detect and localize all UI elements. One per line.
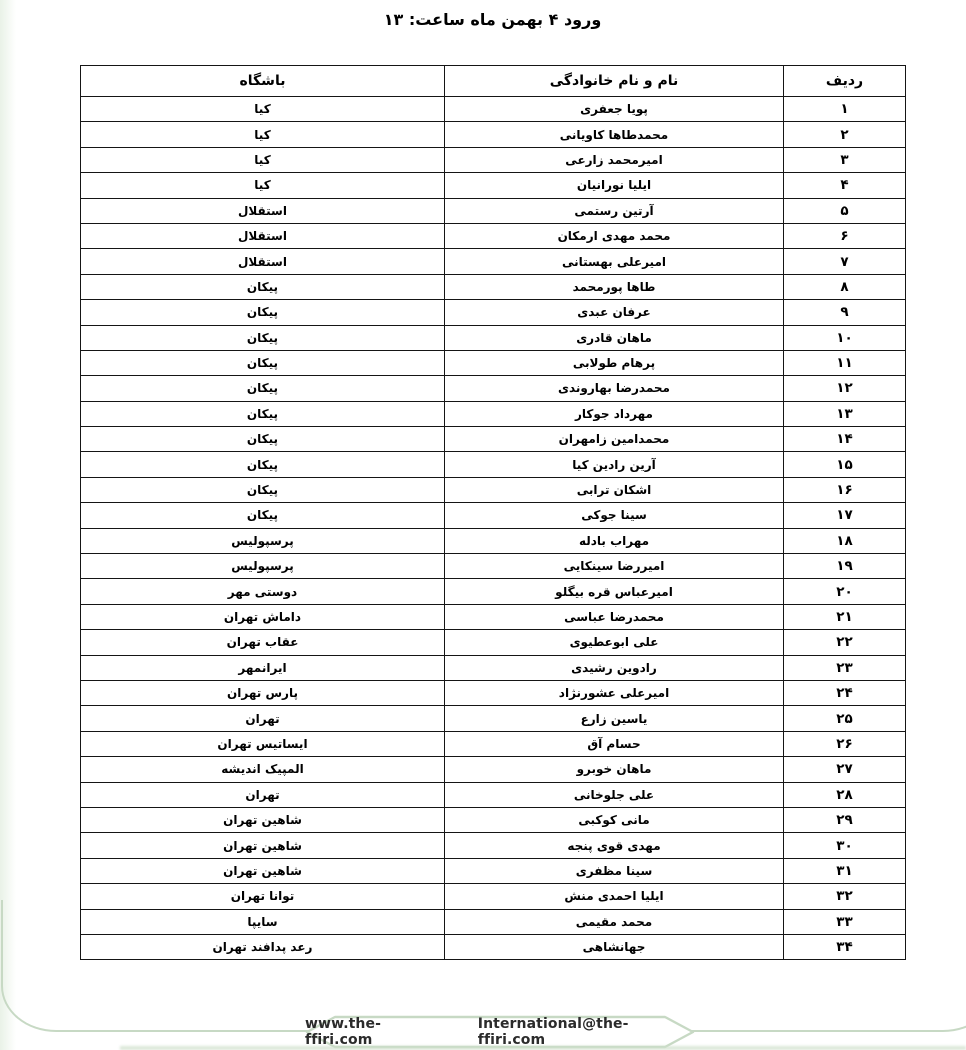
club-cell: المپیک اندیشه — [81, 757, 445, 782]
page-title: ورود ۴ بهمن ماه ساعت: ۱۳ — [80, 10, 905, 29]
row-number-cell: ۲۶ — [784, 731, 906, 756]
row-number-cell: ۷ — [784, 249, 906, 274]
row-number-cell: ۲۲ — [784, 630, 906, 655]
table-row: ۱۸ مهراب بادله پرسپولیس — [81, 528, 906, 553]
club-cell: استقلال — [81, 223, 445, 248]
row-number-cell: ۲ — [784, 122, 906, 147]
row-number-cell: ۱۷ — [784, 503, 906, 528]
row-number-cell: ۱۹ — [784, 554, 906, 579]
table-row: ۶ محمد مهدی ارمکان استقلال — [81, 223, 906, 248]
player-name-cell: محمدرضا عباسی — [445, 604, 784, 629]
table-row: ۸ طاها پورمحمد پیکان — [81, 274, 906, 299]
club-cell: دوستی مهر — [81, 579, 445, 604]
player-name-cell: علی جلوخانی — [445, 782, 784, 807]
player-name-cell: اشکان ترابی — [445, 477, 784, 502]
table-row: ۹ عرفان عبدی پیکان — [81, 300, 906, 325]
club-cell: شاهین تهران — [81, 807, 445, 832]
player-name-cell: ماهان خوبرو — [445, 757, 784, 782]
roster-table-header: ردیف نام و نام خانوادگی باشگاه — [81, 66, 906, 97]
table-row: ۱۳ مهرداد جوکار پیکان — [81, 401, 906, 426]
table-row: ۷ امیرعلی بهستانی استقلال — [81, 249, 906, 274]
footer-contact: www.the-ffiri.com International@the-ffir… — [305, 1015, 695, 1049]
player-name-cell: ماهان قادری — [445, 325, 784, 350]
table-row: ۳۳ محمد مقیمی سایپا — [81, 909, 906, 934]
club-cell: پیکان — [81, 300, 445, 325]
player-name-cell: مانی کوکبی — [445, 807, 784, 832]
player-name-cell: محمد مقیمی — [445, 909, 784, 934]
footer-website: www.the-ffiri.com — [305, 1016, 448, 1048]
player-name-cell: سینا مظفری — [445, 858, 784, 883]
player-name-cell: امیرمحمد زارعی — [445, 147, 784, 172]
row-number-cell: ۳ — [784, 147, 906, 172]
player-name-cell: محمدطاها کاویانی — [445, 122, 784, 147]
row-number-cell: ۱۵ — [784, 452, 906, 477]
roster-table-body: ۱ پویا جعفری کیا ۲ محمدطاها کاویانی کیا … — [81, 97, 906, 960]
club-cell: پیکان — [81, 376, 445, 401]
player-name-cell: پرهام طولابی — [445, 350, 784, 375]
row-number-cell: ۳۱ — [784, 858, 906, 883]
row-number-cell: ۹ — [784, 300, 906, 325]
player-name-cell: عرفان عبدی — [445, 300, 784, 325]
footer-badge: www.the-ffiri.com International@the-ffir… — [305, 1015, 695, 1049]
club-cell: پیکان — [81, 452, 445, 477]
club-cell: داماش تهران — [81, 604, 445, 629]
table-row: ۲۷ ماهان خوبرو المپیک اندیشه — [81, 757, 906, 782]
table-row: ۳۴ جهانشاهی رعد پدافند تهران — [81, 934, 906, 959]
player-name-cell: محمدامین زامهران — [445, 427, 784, 452]
player-name-cell: حسام آق — [445, 731, 784, 756]
table-row: ۲۳ رادوین رشیدی ایرانمهر — [81, 655, 906, 680]
table-row: ۱۲ محمدرضا بهاروندی پیکان — [81, 376, 906, 401]
table-row: ۲۲ علی ابوعطیوی عقاب تهران — [81, 630, 906, 655]
club-cell: پیکان — [81, 274, 445, 299]
table-row: ۵ آرتین رستمی استقلال — [81, 198, 906, 223]
club-cell: شاهین تهران — [81, 858, 445, 883]
player-name-cell: مهراب بادله — [445, 528, 784, 553]
table-row: ۲۸ علی جلوخانی تهران — [81, 782, 906, 807]
table-row: ۳۰ مهدی قوی پنجه شاهین تهران — [81, 833, 906, 858]
table-row: ۲۰ امیرعباس قره بیگلو دوستی مهر — [81, 579, 906, 604]
row-number-cell: ۲۷ — [784, 757, 906, 782]
table-row: ۲۴ امیرعلی عشورنژاد پارس تهران — [81, 680, 906, 705]
row-number-cell: ۲۴ — [784, 680, 906, 705]
table-row: ۳۱ سینا مظفری شاهین تهران — [81, 858, 906, 883]
player-name-cell: محمد مهدی ارمکان — [445, 223, 784, 248]
player-name-cell: سینا جوکی — [445, 503, 784, 528]
club-cell: تهران — [81, 782, 445, 807]
row-number-cell: ۱۲ — [784, 376, 906, 401]
club-cell: پیکان — [81, 325, 445, 350]
player-name-cell: طاها پورمحمد — [445, 274, 784, 299]
player-name-cell: علی ابوعطیوی — [445, 630, 784, 655]
row-number-cell: ۲۹ — [784, 807, 906, 832]
row-number-cell: ۳۳ — [784, 909, 906, 934]
player-name-cell: جهانشاهی — [445, 934, 784, 959]
club-cell: کیا — [81, 97, 445, 122]
table-row: ۲۹ مانی کوکبی شاهین تهران — [81, 807, 906, 832]
table-row: ۱۱ پرهام طولابی پیکان — [81, 350, 906, 375]
club-cell: استقلال — [81, 198, 445, 223]
player-name-cell: رادوین رشیدی — [445, 655, 784, 680]
club-cell: پیکان — [81, 503, 445, 528]
row-number-cell: ۳۴ — [784, 934, 906, 959]
club-cell: پرسپولیس — [81, 554, 445, 579]
row-number-cell: ۳۰ — [784, 833, 906, 858]
header-cell-club: باشگاه — [81, 66, 445, 97]
club-cell: عقاب تهران — [81, 630, 445, 655]
club-cell: ایرانمهر — [81, 655, 445, 680]
row-number-cell: ۲۸ — [784, 782, 906, 807]
roster-table: ردیف نام و نام خانوادگی باشگاه ۱ پویا جع… — [80, 65, 906, 960]
club-cell: شاهین تهران — [81, 833, 445, 858]
row-number-cell: ۲۱ — [784, 604, 906, 629]
table-row: ۲۶ حسام آق ایساتیس تهران — [81, 731, 906, 756]
row-number-cell: ۲۳ — [784, 655, 906, 680]
row-number-cell: ۶ — [784, 223, 906, 248]
header-cell-name: نام و نام خانوادگی — [445, 66, 784, 97]
table-row: ۱۶ اشکان ترابی پیکان — [81, 477, 906, 502]
row-number-cell: ۴ — [784, 173, 906, 198]
club-cell: سایپا — [81, 909, 445, 934]
table-row: ۴ ایلیا نورانیان کیا — [81, 173, 906, 198]
row-number-cell: ۱۶ — [784, 477, 906, 502]
footer-email: International@the-ffiri.com — [478, 1016, 695, 1048]
player-name-cell: محمدرضا بهاروندی — [445, 376, 784, 401]
club-cell: کیا — [81, 122, 445, 147]
left-edge-shade — [0, 0, 16, 1050]
row-number-cell: ۵ — [784, 198, 906, 223]
player-name-cell: آرین رادین کیا — [445, 452, 784, 477]
header-cell-num: ردیف — [784, 66, 906, 97]
player-name-cell: امیرعلی بهستانی — [445, 249, 784, 274]
club-cell: استقلال — [81, 249, 445, 274]
player-name-cell: آرتین رستمی — [445, 198, 784, 223]
club-cell: توانا تهران — [81, 884, 445, 909]
club-cell: پیکان — [81, 350, 445, 375]
row-number-cell: ۱ — [784, 97, 906, 122]
table-row: ۱۴ محمدامین زامهران پیکان — [81, 427, 906, 452]
row-number-cell: ۱۱ — [784, 350, 906, 375]
table-row: ۳ امیرمحمد زارعی کیا — [81, 147, 906, 172]
table-row: ۲ محمدطاها کاویانی کیا — [81, 122, 906, 147]
club-cell: رعد پدافند تهران — [81, 934, 445, 959]
player-name-cell: ایلیا نورانیان — [445, 173, 784, 198]
club-cell: پیکان — [81, 477, 445, 502]
player-name-cell: پویا جعفری — [445, 97, 784, 122]
header-row: ردیف نام و نام خانوادگی باشگاه — [81, 66, 906, 97]
club-cell: پرسپولیس — [81, 528, 445, 553]
club-cell: پارس تهران — [81, 680, 445, 705]
table-row: ۱۰ ماهان قادری پیکان — [81, 325, 906, 350]
player-name-cell: مهدی قوی پنجه — [445, 833, 784, 858]
table-row: ۲۵ یاسین زارع تهران — [81, 706, 906, 731]
row-number-cell: ۲۰ — [784, 579, 906, 604]
player-name-cell: مهرداد جوکار — [445, 401, 784, 426]
row-number-cell: ۳۲ — [784, 884, 906, 909]
player-name-cell: امیرعلی عشورنژاد — [445, 680, 784, 705]
row-number-cell: ۱۰ — [784, 325, 906, 350]
table-row: ۱۵ آرین رادین کیا پیکان — [81, 452, 906, 477]
table-row: ۱۷ سینا جوکی پیکان — [81, 503, 906, 528]
player-name-cell: یاسین زارع — [445, 706, 784, 731]
club-cell: کیا — [81, 173, 445, 198]
player-name-cell: ایلیا احمدی منش — [445, 884, 784, 909]
table-row: ۲۱ محمدرضا عباسی داماش تهران — [81, 604, 906, 629]
club-cell: تهران — [81, 706, 445, 731]
club-cell: پیکان — [81, 401, 445, 426]
row-number-cell: ۸ — [784, 274, 906, 299]
row-number-cell: ۱۳ — [784, 401, 906, 426]
club-cell: کیا — [81, 147, 445, 172]
player-name-cell: امیررضا سینکایی — [445, 554, 784, 579]
row-number-cell: ۲۵ — [784, 706, 906, 731]
row-number-cell: ۱۴ — [784, 427, 906, 452]
row-number-cell: ۱۸ — [784, 528, 906, 553]
club-cell: ایساتیس تهران — [81, 731, 445, 756]
table-row: ۳۲ ایلیا احمدی منش توانا تهران — [81, 884, 906, 909]
table-row: ۱۹ امیررضا سینکایی پرسپولیس — [81, 554, 906, 579]
club-cell: پیکان — [81, 427, 445, 452]
table-row: ۱ پویا جعفری کیا — [81, 97, 906, 122]
player-name-cell: امیرعباس قره بیگلو — [445, 579, 784, 604]
